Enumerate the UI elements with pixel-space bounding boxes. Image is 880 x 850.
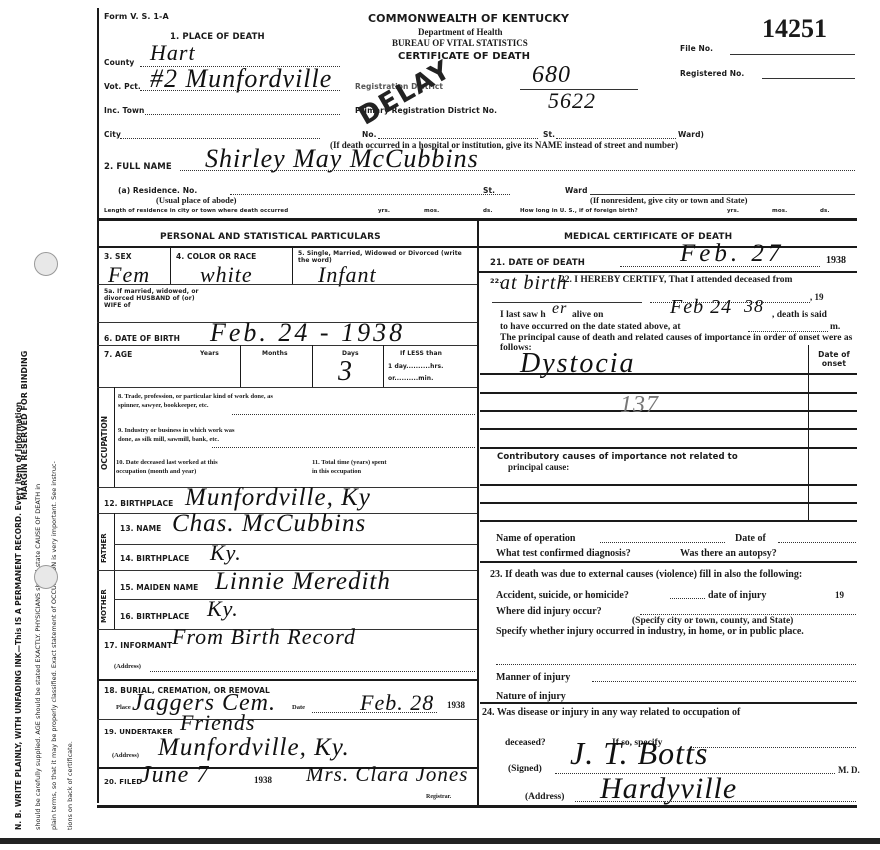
nb-line2: should be carefully supplied. AGE should… xyxy=(34,484,42,830)
filed-label: 20. FILED xyxy=(104,778,142,786)
row-line-3 xyxy=(97,345,477,346)
undertaker-address-value: Munfordville, Ky. xyxy=(158,734,350,762)
no-label: No. xyxy=(362,130,377,139)
operation-section-line xyxy=(480,561,857,563)
row-line-4 xyxy=(97,387,477,388)
nature-injury-label: Nature of injury xyxy=(496,691,566,702)
length-ds: ds. xyxy=(483,208,493,214)
alive-on-label: alive on xyxy=(572,310,603,320)
foreign-yrs: yrs. xyxy=(727,208,739,214)
min-label: or..........min. xyxy=(388,375,433,382)
county-value: Hart xyxy=(150,40,196,66)
county-label: County xyxy=(104,58,134,67)
cause-line-1 xyxy=(480,373,857,375)
occupation-total-time-label: 11. Total time (years) spent in this occ… xyxy=(312,458,392,476)
manner-injury-line xyxy=(592,681,856,682)
months-label: Months xyxy=(262,350,288,357)
occupation-related-label: 24. Was disease or injury in any way rel… xyxy=(482,707,740,718)
last-saw-label: I last saw h xyxy=(500,310,546,320)
last-saw-year: 38 xyxy=(744,296,764,317)
binding-hole-top xyxy=(34,252,58,276)
department: Department of Health xyxy=(418,27,502,37)
contributory-line-3 xyxy=(480,520,857,522)
nb-line3: plain terms, so that it may be properly … xyxy=(50,461,58,830)
inc-town-label: Inc. Town xyxy=(104,106,144,115)
page-bottom-edge xyxy=(0,838,880,844)
st-line xyxy=(556,138,676,139)
delay-stamp: DELAY xyxy=(353,54,457,131)
registrar-signature: Mrs. Clara Jones xyxy=(306,762,468,787)
father-birthplace-label: 14. BIRTHPLACE xyxy=(120,554,189,563)
occupation-industry-line xyxy=(212,447,475,448)
city-label: City xyxy=(104,130,121,139)
residence-label: (a) Residence. No. xyxy=(118,186,197,195)
contributory-line-2 xyxy=(480,502,857,504)
external-causes-label: 23. If death was due to external causes … xyxy=(490,570,860,580)
occupation-industry-label: 9. Industry or business in which work wa… xyxy=(118,426,248,444)
file-number-stamp: 14251 xyxy=(762,14,827,44)
autopsy-label: Was there an autopsy? xyxy=(680,548,777,559)
date-of-death-year: 1938 xyxy=(826,255,846,266)
accident-line xyxy=(670,598,705,599)
center-divider xyxy=(477,221,479,805)
age-divider-1 xyxy=(240,345,241,387)
informant-address-line xyxy=(150,671,475,672)
nb-line4: tions on back of certificate. xyxy=(66,741,74,830)
registered-no-label: Registered No. xyxy=(680,69,744,78)
hrs-label: 1 day..........hrs. xyxy=(388,363,444,370)
occupation-specify-line xyxy=(690,747,856,748)
contributory-label: Contributory causes of importance not re… xyxy=(497,452,738,462)
file-no-label: File No. xyxy=(680,44,713,53)
race-label: 4. COLOR OR RACE xyxy=(176,252,256,261)
age-label: 7. AGE xyxy=(104,350,132,359)
birthplace-label: 12. BIRTHPLACE xyxy=(104,499,173,508)
occupation-last-worked-label: 10. Date deceased last worked at this oc… xyxy=(116,458,241,476)
burial-place-label: Place xyxy=(116,704,131,711)
years-label: Years xyxy=(200,350,219,357)
race-divider xyxy=(292,248,293,284)
frame-bottom xyxy=(97,805,857,808)
row-line-11 xyxy=(97,679,477,681)
less-than-label: If LESS than xyxy=(400,350,442,357)
occupation-trade-label: 8. Trade, profession, or particular kind… xyxy=(118,392,283,410)
father-name-value: Chas. McCubbins xyxy=(172,510,366,538)
last-saw-pronoun: er xyxy=(552,300,567,318)
undertaker-address-label: (Address) xyxy=(112,752,139,759)
medical-heading-line xyxy=(477,246,857,248)
cause-line-4 xyxy=(480,428,857,430)
date-of-death-label: 21. DATE OF DEATH xyxy=(490,258,585,268)
registered-no-line xyxy=(762,78,855,79)
operation-date-line xyxy=(778,542,856,543)
filed-value: June 7 xyxy=(140,762,209,789)
occurred-label: to have occurred on the date stated abov… xyxy=(500,322,681,332)
residence-st-label: St. xyxy=(483,186,495,195)
binding-label: MARGIN RESERVED FOR BINDING xyxy=(20,351,29,500)
inc-town-line xyxy=(145,114,340,115)
last-saw-date: Feb 24 xyxy=(670,296,732,319)
informant-value: From Birth Record xyxy=(172,624,356,650)
occupation-side-label: OCCUPATION xyxy=(100,416,109,470)
foreign-birth-label: How long in U. S., if of foreign birth? xyxy=(520,208,638,214)
bureau: BUREAU OF VITAL STATISTICS xyxy=(392,38,528,48)
row-line-1 xyxy=(97,284,477,285)
date-of-onset-label: Date of onset xyxy=(814,350,854,368)
residence-line xyxy=(230,194,510,195)
full-name-label: 2. FULL NAME xyxy=(104,162,172,172)
vot-pct-label: Vot. Pct. xyxy=(104,82,141,91)
cause-of-death-value: Dystocia xyxy=(520,348,636,380)
place-injury-line xyxy=(496,664,856,665)
operation-label: Name of operation xyxy=(496,533,575,544)
residence-ward-label: Ward xyxy=(565,186,588,195)
deceased-label: deceased? xyxy=(505,738,546,748)
operation-line xyxy=(600,542,725,543)
form-number: Form V. S. 1-A xyxy=(104,12,169,21)
age-divider-2 xyxy=(312,345,313,387)
attended-to-label: , 19 xyxy=(810,292,824,302)
contributory-line-1 xyxy=(480,484,857,486)
operation-date-label: Date of xyxy=(735,533,766,544)
injury-year-prefix: 19 xyxy=(835,590,844,600)
vot-pct-line xyxy=(140,90,340,91)
foreign-mos: mos. xyxy=(772,208,787,214)
cause-line-2 xyxy=(480,392,857,394)
physician-address-line xyxy=(575,801,856,802)
frame-left xyxy=(97,8,99,803)
father-name-label: 13. NAME xyxy=(120,524,161,533)
onset-column-divider xyxy=(808,345,809,520)
city-line xyxy=(120,138,320,139)
mother-birthplace-label: 16. BIRTHPLACE xyxy=(120,612,189,621)
personal-heading: PERSONAL AND STATISTICAL PARTICULARS xyxy=(160,232,381,242)
length-mos: mos. xyxy=(424,208,439,214)
reg-district-value: 680 xyxy=(532,62,571,89)
physician-address-label: (Address) xyxy=(525,792,564,802)
principal-cause-sub-label: principal cause: xyxy=(508,462,569,472)
days-value: 3 xyxy=(338,356,353,388)
dob-label: 6. DATE OF BIRTH xyxy=(104,334,180,343)
physician-signature: J. T. Botts xyxy=(570,735,708,772)
certificate-title: CERTIFICATE OF DEATH xyxy=(398,51,530,62)
birthplace-value: Munfordville, Ky xyxy=(185,484,371,512)
file-no-line xyxy=(730,54,855,55)
primary-reg-value: 5622 xyxy=(548,88,596,114)
length-residence-label: Length of residence in city or town wher… xyxy=(104,208,288,214)
test-label: What test confirmed diagnosis? xyxy=(496,548,631,559)
st-label: St. xyxy=(543,130,555,139)
nonresident-note: (If nonresident, give city or town and S… xyxy=(590,195,747,205)
father-birthplace-value: Ky. xyxy=(210,540,242,566)
cause-line-3 xyxy=(480,410,857,412)
occupation-side-divider xyxy=(114,387,115,487)
row-line-7 xyxy=(114,544,477,545)
burial-date-label: Date xyxy=(292,704,305,711)
mother-side-label: MOTHER xyxy=(100,589,108,623)
mother-birthplace-value: Ky. xyxy=(207,596,239,622)
state-title: COMMONWEALTH OF KENTUCKY xyxy=(368,12,569,25)
row-line-9 xyxy=(114,599,477,600)
burial-year: 1938 xyxy=(447,700,465,710)
length-yrs: yrs. xyxy=(378,208,390,214)
informant-label: 17. INFORMANT xyxy=(104,641,172,650)
burial-date-value: Feb. 28 xyxy=(360,690,434,716)
filed-year: 1938 xyxy=(254,775,272,785)
mother-name-label: 15. MAIDEN NAME xyxy=(120,583,198,592)
specify-city-note: (Specify city or town, county, and State… xyxy=(632,616,793,626)
death-said-label: , death is said xyxy=(772,310,827,320)
full-name-line xyxy=(180,170,855,171)
signed-label: (Signed) xyxy=(508,764,542,774)
certify-label: 22. I HEREBY CERTIFY, That I attended de… xyxy=(560,275,792,285)
foreign-ds: ds. xyxy=(820,208,830,214)
spouse-label: 5a. If married, widowed, or divorced HUS… xyxy=(104,288,204,309)
injury-section-line xyxy=(480,702,857,704)
attended-value: at birth xyxy=(500,272,567,295)
registrar-label: Registrar. xyxy=(426,794,451,800)
mother-name-value: Linnie Meredith xyxy=(215,568,391,596)
md-label: M. D. xyxy=(838,765,860,775)
undertaker-value: Friends xyxy=(180,710,255,736)
where-injury-label: Where did injury occur? xyxy=(496,606,602,617)
cause-code-value: 137 xyxy=(620,392,659,419)
no-line xyxy=(378,138,538,139)
personal-heading-line xyxy=(97,246,477,248)
manner-injury-label: Manner of injury xyxy=(496,672,570,683)
date-of-death-value: Feb. 27 xyxy=(680,240,784,268)
abode-note: (Usual place of abode) xyxy=(156,195,237,205)
where-injury-line xyxy=(640,614,856,615)
specify-place-label: Specify whether injury occurred in indus… xyxy=(496,627,856,637)
occupation-trade-line xyxy=(232,414,475,415)
occurred-m-label: m. xyxy=(830,322,840,332)
sex-divider xyxy=(170,248,171,284)
age-divider-3 xyxy=(383,345,384,387)
accident-label: Accident, suicide, or homicide? xyxy=(496,590,629,601)
binding-hole-bottom xyxy=(34,565,58,589)
ward-label: Ward) xyxy=(678,130,704,139)
injury-date-label: date of injury xyxy=(708,590,766,601)
father-side-label: FATHER xyxy=(100,533,108,563)
informant-address-label: (Address) xyxy=(114,663,141,670)
row-line-12 xyxy=(97,719,477,720)
occurred-time-line xyxy=(748,331,828,332)
sex-label: 3. SEX xyxy=(104,252,132,261)
parents-side-divider xyxy=(114,513,115,629)
cause-line-5 xyxy=(480,447,857,449)
dob-value: Feb. 24 - 1938 xyxy=(210,318,405,348)
